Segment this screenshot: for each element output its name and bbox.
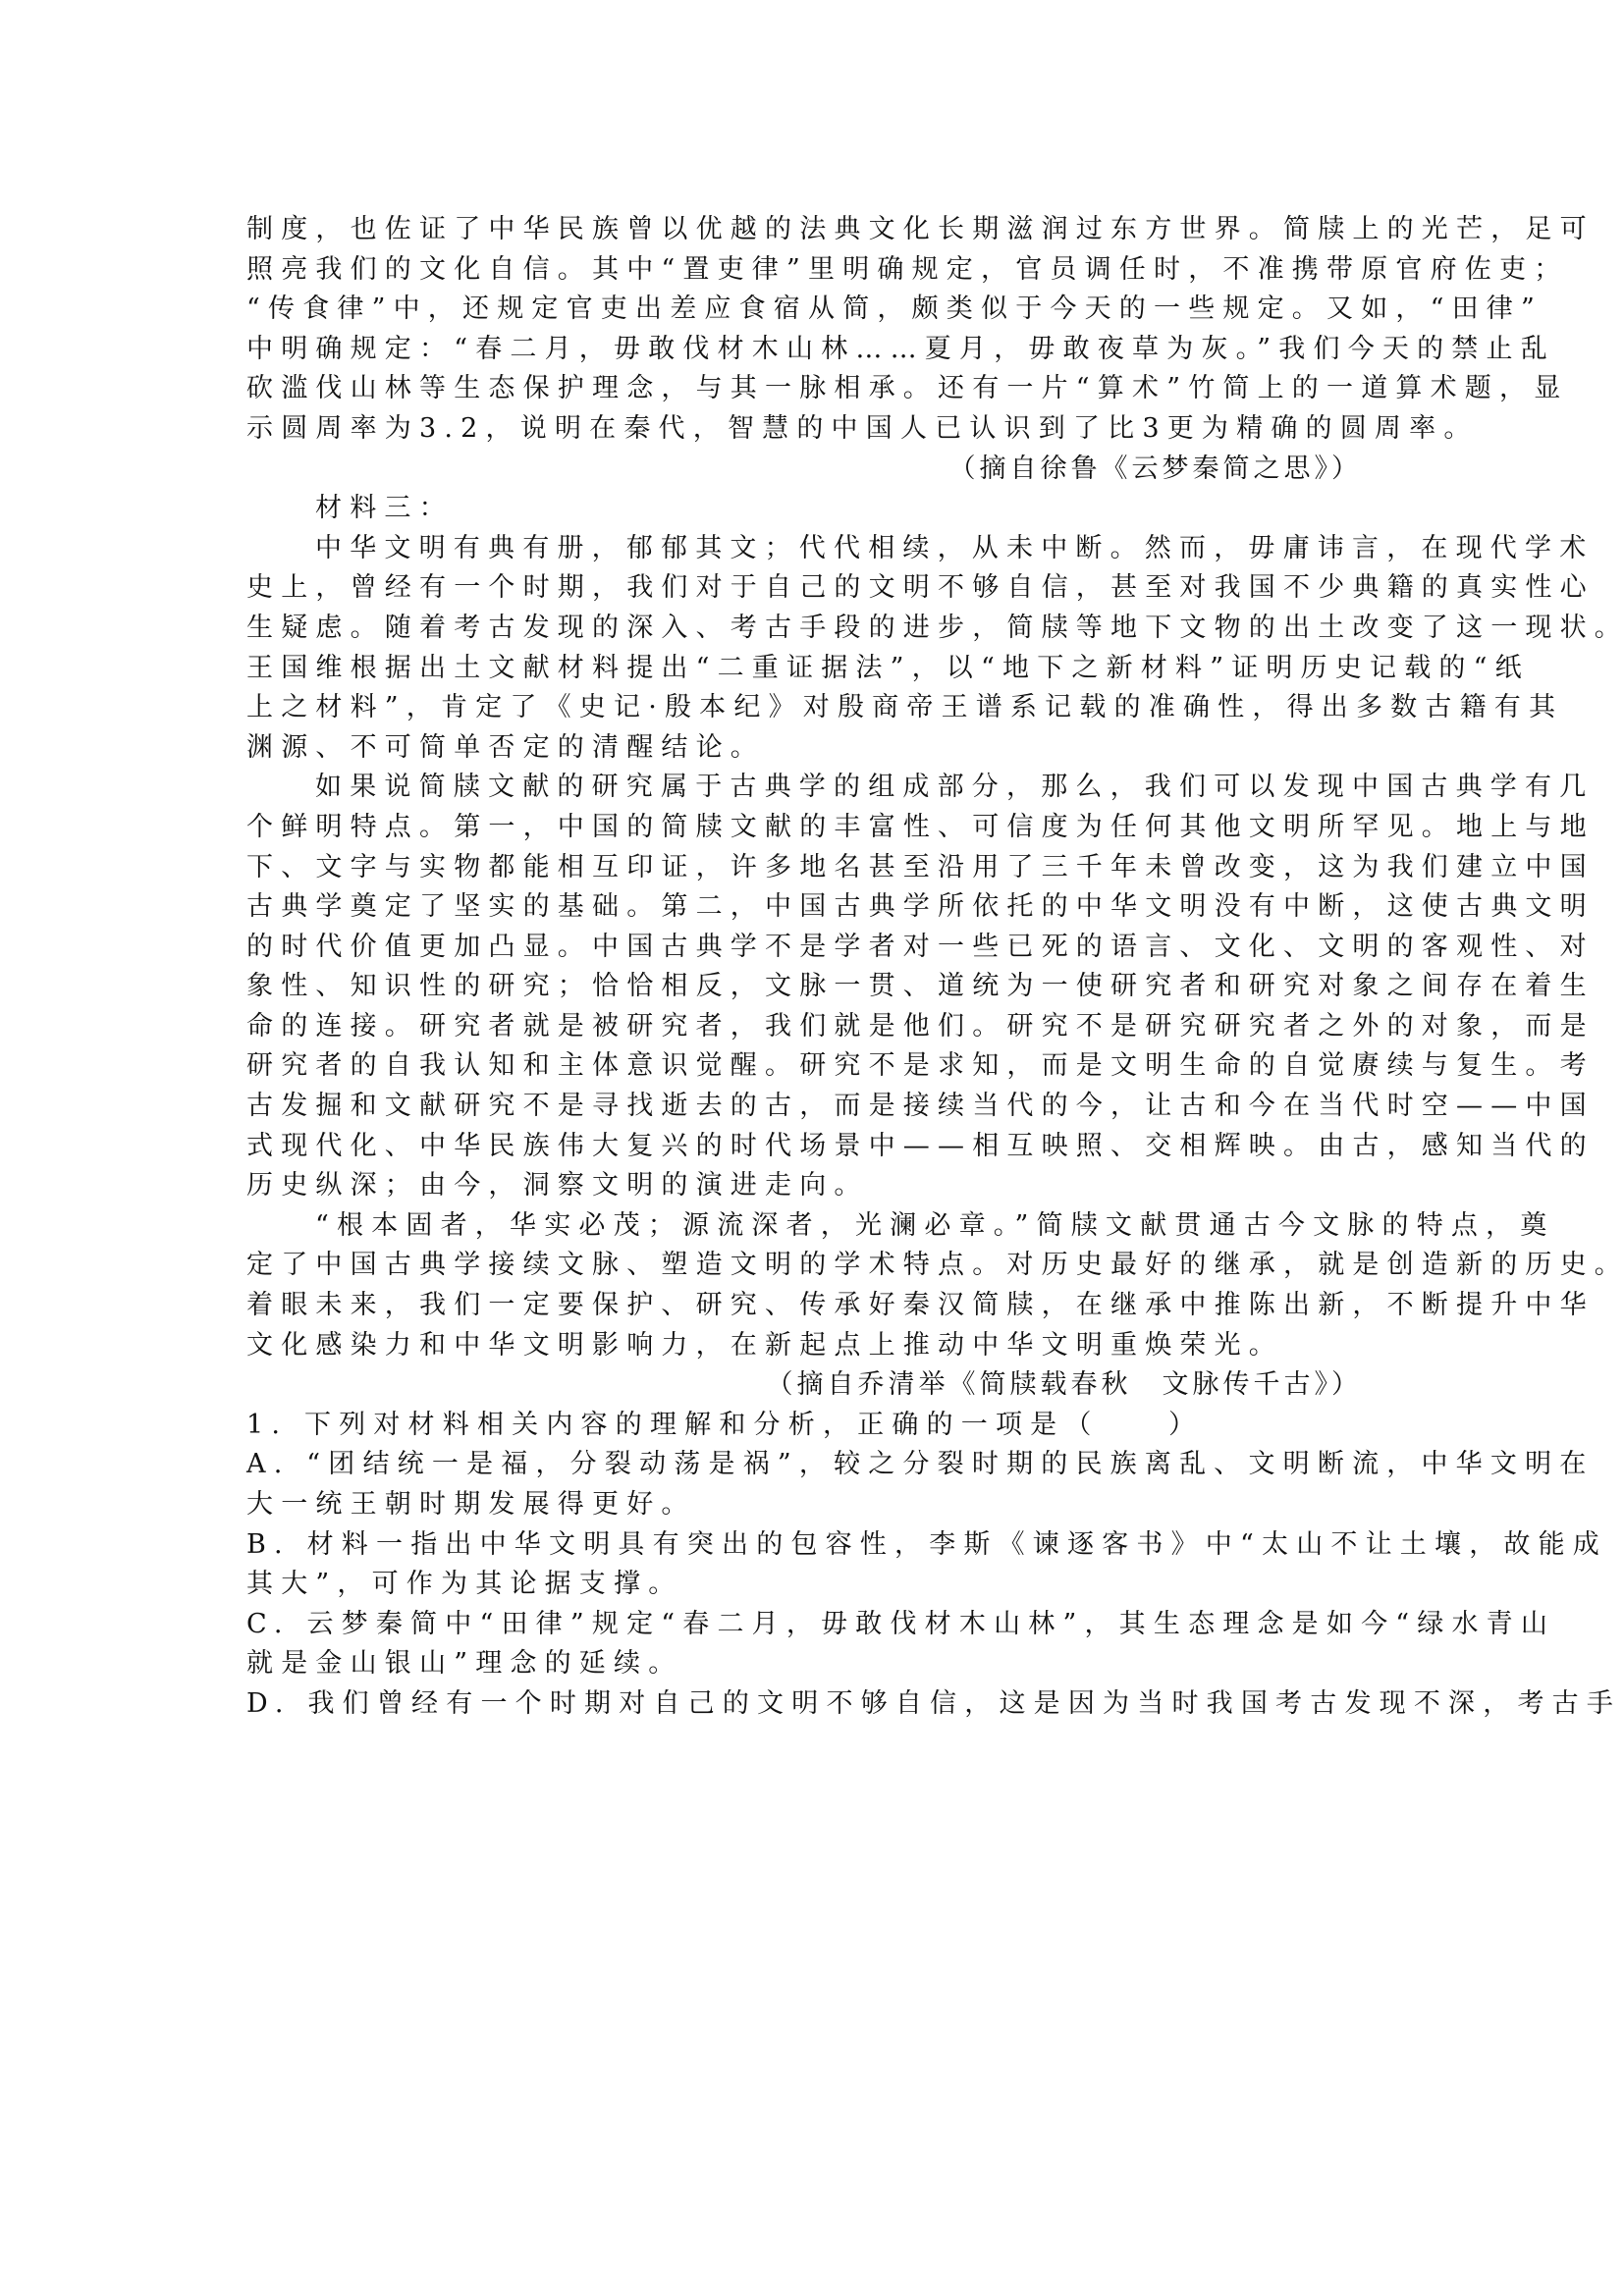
option-line: 其大”，可作为其论据支撑。	[246, 1565, 1362, 1605]
text-line: 中华文明有典有册，郁郁其文；代代相续，从未中断。然而，毋庸讳言，在现代学术	[246, 529, 1362, 569]
option-d: D. 我们曾经有一个时期对自己的文明不够自信，这是因为当时我国考古发现不深，考古…	[246, 1684, 1362, 1725]
text-line: 研究者的自我认知和主体意识觉醒。研究不是求知，而是文明生命的自觉赓续与复生。考	[246, 1046, 1362, 1087]
text-line: 个鲜明特点。第一，中国的简牍文献的丰富性、可信度为任何其他文明所罕见。地上与地	[246, 808, 1362, 848]
option-line: C. 云梦秦简中“田律”规定“春二月，毋敢伐材木山林”，其生态理念是如今“绿水青…	[246, 1605, 1362, 1645]
material3-paragraph-1: 中华文明有典有册，郁郁其文；代代相续，从未中断。然而，毋庸讳言，在现代学术 史上…	[246, 529, 1362, 769]
text-line: 的时代价值更加凸显。中国古典学不是学者对一些已死的语言、文化、文明的客观性、对	[246, 928, 1362, 968]
document-page: 制度，也佐证了中华民族曾以优越的法典文化长期滋润过东方世界。简牍上的光芒，足可 …	[246, 210, 1362, 1725]
text-line: 生疑虑。随着考古发现的深入、考古手段的进步，简牍等地下文物的出土改变了这一现状。	[246, 609, 1362, 649]
text-line: 照亮我们的文化自信。其中“置吏律”里明确规定，官员调任时，不准携带原官府佐吏；	[246, 250, 1362, 291]
text-line: 象性、知识性的研究；恰恰相反，文脉一贯、道统为一使研究者和研究对象之间存在着生	[246, 967, 1362, 1007]
text-line: 制度，也佐证了中华民族曾以优越的法典文化长期滋润过东方世界。简牍上的光芒，足可	[246, 210, 1362, 250]
option-b: B. 材料一指出中华文明具有突出的包容性，李斯《谏逐客书》中“太山不让土壤，故能…	[246, 1525, 1362, 1605]
text-line: 式现代化、中华民族伟大复兴的时代场景中——相互映照、交相辉映。由古，感知当代的	[246, 1127, 1362, 1167]
text-line: 命的连接。研究者就是被研究者，我们就是他们。研究不是研究研究者之外的对象，而是	[246, 1007, 1362, 1047]
material3-paragraph-3: “根本固者，华实必茂；源流深者，光澜必章。”简牍文献贯通古今文脉的特点，奠 定了…	[246, 1206, 1362, 1406]
option-line: 大一统王朝时期发展得更好。	[246, 1485, 1362, 1525]
option-line: D. 我们曾经有一个时期对自己的文明不够自信，这是因为当时我国考古发现不深，考古…	[246, 1684, 1362, 1725]
text-line: 示圆周率为3.2，说明在秦代，智慧的中国人已认识到了比3更为精确的圆周率。	[246, 409, 1362, 450]
option-line: B. 材料一指出中华文明具有突出的包容性，李斯《谏逐客书》中“太山不让土壤，故能…	[246, 1525, 1362, 1566]
text-line: 砍滥伐山林等生态保护理念，与其一脉相承。还有一片“算术”竹简上的一道算术题，显	[246, 369, 1362, 409]
text-line: “传食律”中，还规定官吏出差应食宿从简，颇类似于今天的一些规定。又如，“田律”	[246, 290, 1362, 330]
text-line: 中明确规定：“春二月，毋敢伐材木山林……夏月，毋敢夜草为灰。”我们今天的禁止乱	[246, 330, 1362, 370]
text-line: 史上，曾经有一个时期，我们对于自己的文明不够自信，甚至对我国不少典籍的真实性心	[246, 568, 1362, 609]
text-line: 下、文字与实物都能相互印证，许多地名甚至沿用了三千年未曾改变，这为我们建立中国	[246, 848, 1362, 888]
option-line: A. “团结统一是福，分裂动荡是祸”，较之分裂时期的民族离乱、文明断流，中华文明…	[246, 1445, 1362, 1485]
source-citation: （摘自乔清举《简牍载春秋 文脉传千古》）	[246, 1365, 1362, 1406]
material2-tail: 制度，也佐证了中华民族曾以优越的法典文化长期滋润过东方世界。简牍上的光芒，足可 …	[246, 210, 1362, 489]
material3-paragraph-2: 如果说简牍文献的研究属于古典学的组成部分，那么，我们可以发现中国古典学有几 个鲜…	[246, 768, 1362, 1206]
text-line: 上之材料”，肯定了《史记·殷本纪》对殷商帝王谱系记载的准确性，得出多数古籍有其	[246, 688, 1362, 728]
option-a: A. “团结统一是福，分裂动荡是祸”，较之分裂时期的民族离乱、文明断流，中华文明…	[246, 1445, 1362, 1524]
text-line: 历史纵深；由今，洞察文明的演进走向。	[246, 1166, 1362, 1206]
material3-heading: 材料三：	[246, 489, 1362, 529]
text-line: 古典学奠定了坚实的基础。第二，中国古典学所依托的中华文明没有中断，这使古典文明	[246, 887, 1362, 928]
text-line: 定了中国古典学接续文脉、塑造文明的学术特点。对历史最好的继承，就是创造新的历史。	[246, 1246, 1362, 1286]
question-stem: 1. 下列对材料相关内容的理解和分析，正确的一项是（ ）	[246, 1406, 1362, 1446]
option-line: 就是金山银山”理念的延续。	[246, 1644, 1362, 1684]
text-line: 古发掘和文献研究不是寻找逝去的古，而是接续当代的今，让古和今在当代时空——中国	[246, 1087, 1362, 1127]
text-line: 渊源、不可简单否定的清醒结论。	[246, 728, 1362, 769]
question-1: 1. 下列对材料相关内容的理解和分析，正确的一项是（ ） A. “团结统一是福，…	[246, 1406, 1362, 1725]
text-line: 如果说简牍文献的研究属于古典学的组成部分，那么，我们可以发现中国古典学有几	[246, 768, 1362, 808]
source-citation: （摘自徐鲁《云梦秦简之思》）	[246, 450, 1362, 490]
text-line: 着眼未来，我们一定要保护、研究、传承好秦汉简牍，在继承中推陈出新，不断提升中华	[246, 1286, 1362, 1326]
option-c: C. 云梦秦简中“田律”规定“春二月，毋敢伐材木山林”，其生态理念是如今“绿水青…	[246, 1605, 1362, 1684]
text-line: 文化感染力和中华文明影响力，在新起点上推动中华文明重焕荣光。	[246, 1326, 1362, 1366]
text-line: 王国维根据出土文献材料提出“二重证据法”，以“地下之新材料”证明历史记载的“纸	[246, 649, 1362, 689]
text-line: “根本固者，华实必茂；源流深者，光澜必章。”简牍文献贯通古今文脉的特点，奠	[246, 1206, 1362, 1247]
